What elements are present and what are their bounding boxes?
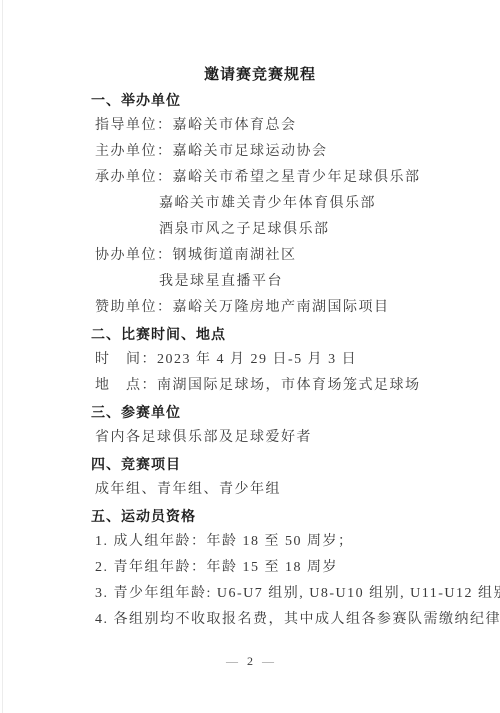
- section-heading: 三、参赛单位: [91, 399, 490, 425]
- page-number: —2—: [0, 648, 500, 674]
- doc-line: 赞助单位：嘉峪关万隆房地产南湖国际项目: [95, 295, 490, 321]
- doc-line: 协办单位：钢城街道南湖社区: [95, 243, 490, 269]
- doc-line: 4. 各组别均不收取报名费，其中成人组各参赛队需缴纳纪律保: [95, 607, 490, 633]
- doc-line: 承办单位：嘉峪关市希望之星青少年足球俱乐部: [95, 165, 490, 191]
- doc-line: 1. 成人组年龄：年龄 18 至 50 周岁；: [95, 529, 490, 555]
- doc-line: 省内各足球俱乐部及足球爱好者: [95, 425, 490, 451]
- document-page: 邀请赛竞赛规程 一、举办单位 指导单位：嘉峪关市体育总会 主办单位：嘉峪关市足球…: [0, 0, 500, 713]
- doc-line: 时 间：2023 年 4 月 29 日-5 月 3 日: [95, 347, 490, 373]
- page-number-right-dash: —: [262, 654, 274, 668]
- section-heading: 五、运动员资格: [91, 503, 490, 529]
- section-heading: 四、竞赛项目: [91, 451, 490, 477]
- doc-line: 3. 青少年组年龄: U6-U7 组别, U8-U10 组别, U11-U12 …: [95, 581, 490, 607]
- page-edge-line: [2, 0, 3, 713]
- document-title: 邀请赛竞赛规程: [20, 62, 500, 88]
- doc-line: 嘉峪关市雄关青少年体育俱乐部: [95, 191, 490, 217]
- doc-line: 指导单位：嘉峪关市体育总会: [95, 113, 490, 139]
- doc-line: 我是球星直播平台: [95, 269, 490, 295]
- document-body: 一、举办单位 指导单位：嘉峪关市体育总会 主办单位：嘉峪关市足球运动协会 承办单…: [95, 87, 490, 633]
- section-heading: 一、举办单位: [91, 87, 490, 113]
- doc-line: 成年组、青年组、青少年组: [95, 477, 490, 503]
- page-number-value: 2: [247, 648, 253, 674]
- doc-line: 主办单位：嘉峪关市足球运动协会: [95, 139, 490, 165]
- doc-line: 2. 青年组年龄：年龄 15 至 18 周岁: [95, 555, 490, 581]
- doc-line: 地 点：南湖国际足球场，市体育场笼式足球场: [95, 373, 490, 399]
- doc-line: 酒泉市风之子足球俱乐部: [95, 217, 490, 243]
- section-heading: 二、比赛时间、地点: [91, 321, 490, 347]
- page-number-left-dash: —: [226, 654, 238, 668]
